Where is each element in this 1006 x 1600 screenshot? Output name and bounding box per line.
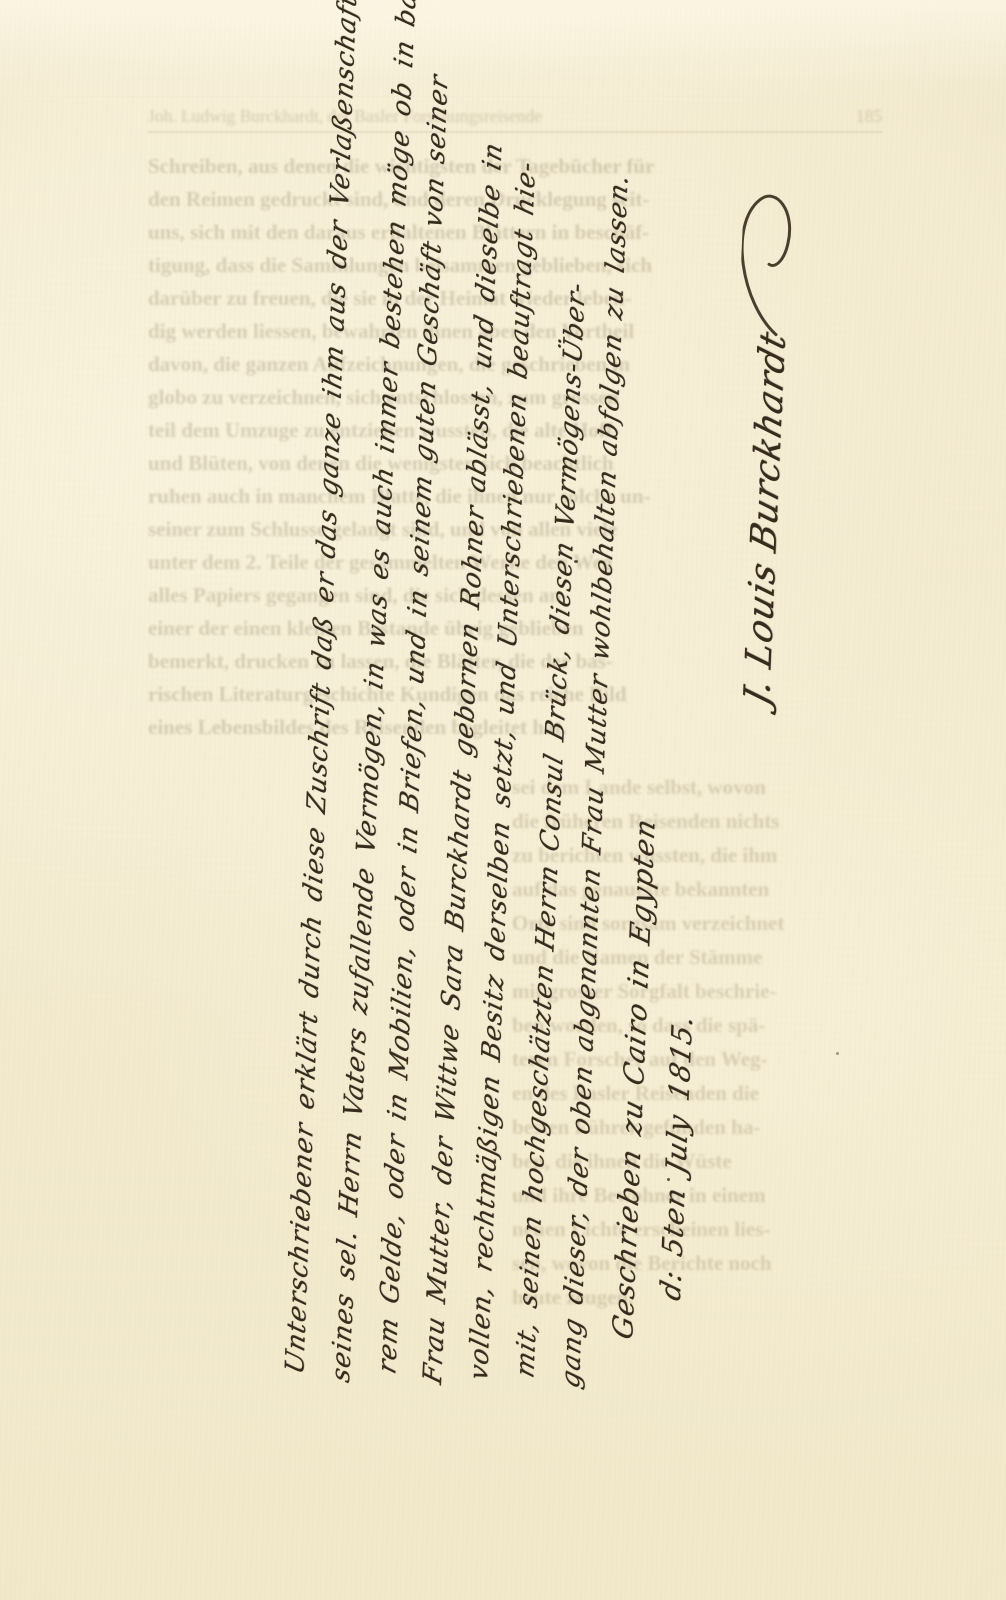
ink-spot (574, 560, 578, 563)
page-number-ghost: 185 (856, 106, 882, 127)
signature: J. Louis Burckhardt (732, 325, 800, 712)
signature-flourish-icon (738, 177, 805, 339)
page-top-edge-shading (0, 0, 1006, 97)
ink-spot (667, 1178, 670, 1181)
handwritten-letter: Unterschriebener erklärt durch diese Zus… (258, 124, 832, 1405)
ink-spot (306, 1214, 309, 1216)
letter-body: Unterschriebener erklärt durch diese Zus… (258, 124, 649, 1397)
ink-spot (836, 1052, 839, 1055)
scanned-book-page: { "page": { "paper_color": "#f4ecd1", "i… (0, 0, 1006, 1600)
